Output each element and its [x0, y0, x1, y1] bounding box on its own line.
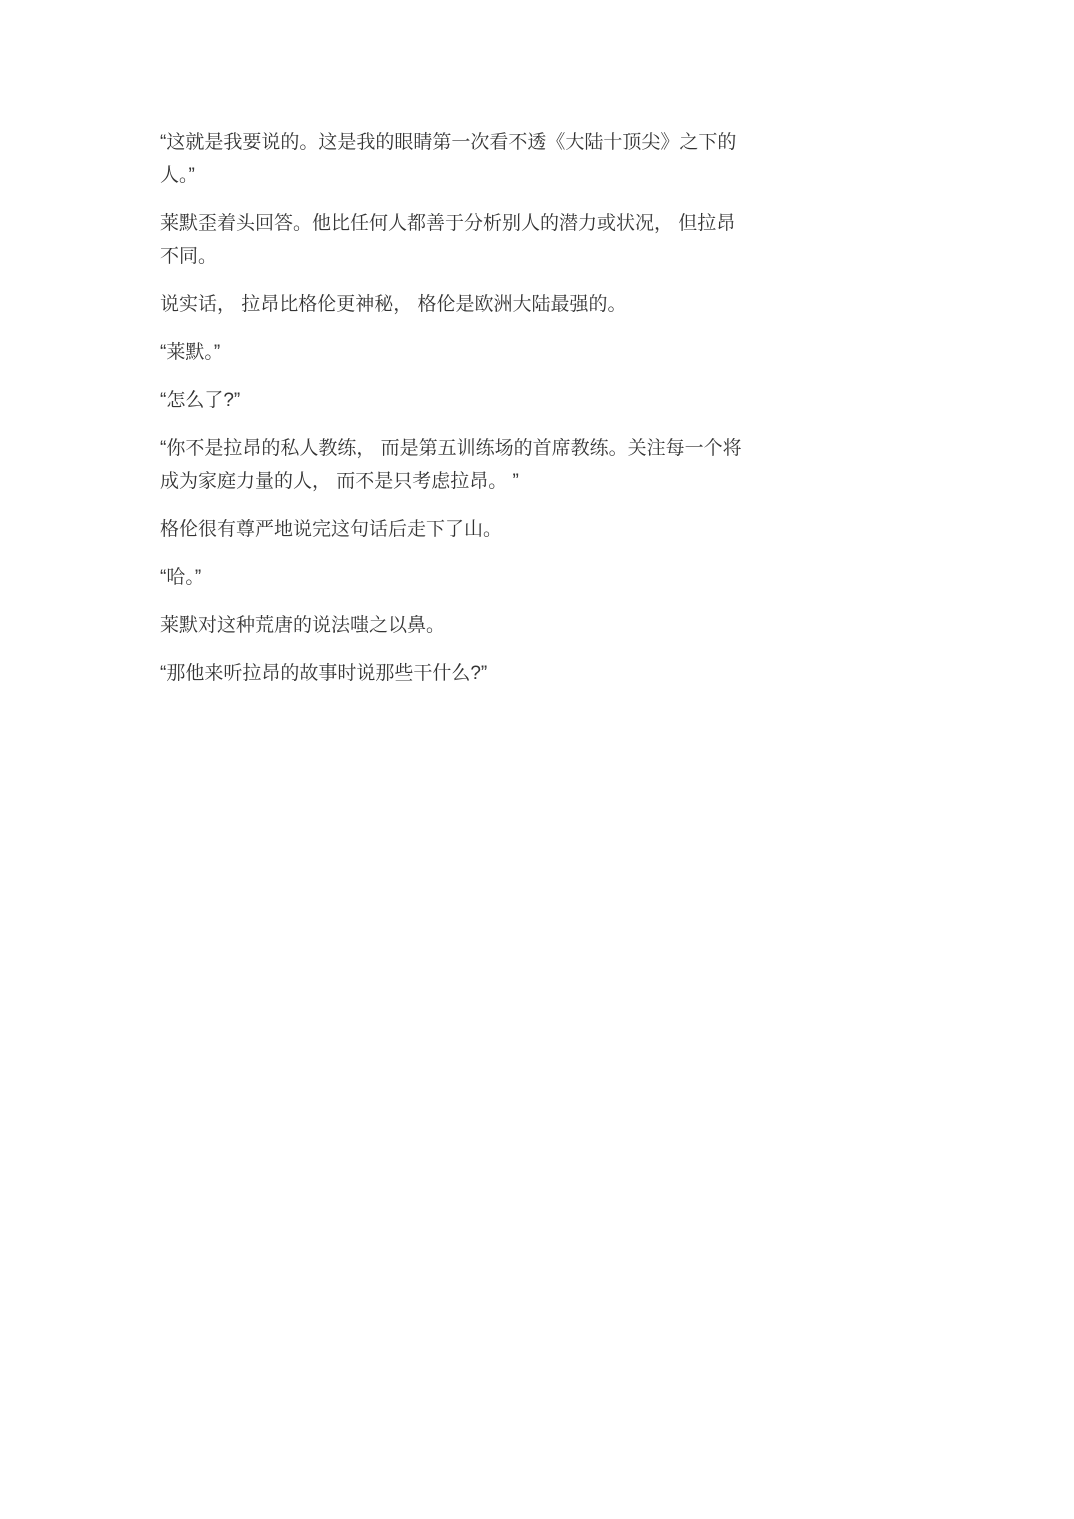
document-page: “这就是我要说的。这是我的眼睛第一次看不透《大陆十顶尖》之下的人。” 莱默歪着头…	[0, 0, 1074, 1519]
paragraph: 莱默歪着头回答。他比任何人都善于分析别人的潜力或状况， 但拉昂不同。	[160, 207, 748, 273]
paragraph: 格伦很有尊严地说完这句话后走下了山。	[160, 513, 748, 546]
paragraph: 说实话， 拉昂比格伦更神秘， 格伦是欧洲大陆最强的。	[160, 288, 748, 321]
paragraph: “那他来听拉昂的故事时说那些干什么?”	[160, 657, 748, 690]
novel-text-column: “这就是我要说的。这是我的眼睛第一次看不透《大陆十顶尖》之下的人。” 莱默歪着头…	[0, 0, 748, 690]
paragraph: “怎么了?”	[160, 384, 748, 417]
paragraph: “你不是拉昂的私人教练， 而是第五训练场的首席教练。关注每一个将成为家庭力量的人…	[160, 432, 748, 498]
paragraph: “哈。”	[160, 561, 748, 594]
paragraph: “这就是我要说的。这是我的眼睛第一次看不透《大陆十顶尖》之下的人。”	[160, 126, 748, 192]
paragraph: 莱默对这种荒唐的说法嗤之以鼻。	[160, 609, 748, 642]
paragraph: “莱默。”	[160, 336, 748, 369]
